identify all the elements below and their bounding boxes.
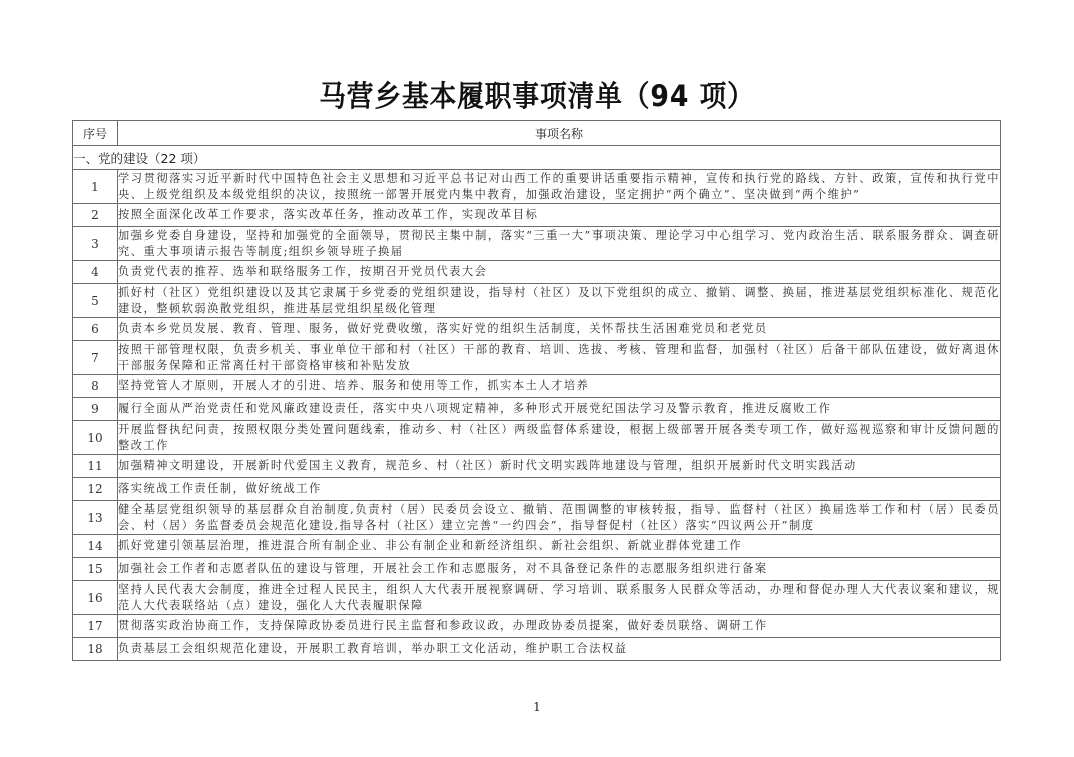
section-label: 一、党的建设（22 项） (73, 146, 1001, 170)
row-number: 18 (73, 638, 118, 661)
duty-item-text: 负责党代表的推荐、选举和联络服务工作，按期召开党员代表大会 (118, 261, 1001, 284)
row-number: 9 (73, 398, 118, 421)
table-row: 4负责党代表的推荐、选举和联络服务工作，按期召开党员代表大会 (73, 261, 1001, 284)
row-number: 2 (73, 204, 118, 227)
table-row: 10开展监督执纪问责，按照权限分类处置问题线索，推动乡、村（社区）两级监督体系建… (73, 421, 1001, 455)
table-row: 2按照全面深化改革工作要求，落实改革任务，推动改革工作，实现改革目标 (73, 204, 1001, 227)
duty-item-text: 负责基层工会组织规范化建设，开展职工教育培训，举办职工文化活动，维护职工合法权益 (118, 638, 1001, 661)
table-row: 7按照干部管理权限，负责乡机关、事业单位干部和村（社区）干部的教育、培训、选拔、… (73, 341, 1001, 375)
duty-item-text: 抓好村（社区）党组织建设以及其它隶属于乡党委的党组织建设，指导村（社区）及以下党… (118, 284, 1001, 318)
duty-item-text: 学习贯彻落实习近平新时代中国特色社会主义思想和习近平总书记对山西工作的重要讲话重… (118, 170, 1001, 204)
row-number: 14 (73, 535, 118, 558)
row-number: 11 (73, 455, 118, 478)
row-number: 7 (73, 341, 118, 375)
row-number: 13 (73, 501, 118, 535)
row-number: 12 (73, 478, 118, 501)
row-number: 4 (73, 261, 118, 284)
duty-item-text: 开展监督执纪问责，按照权限分类处置问题线索，推动乡、村（社区）两级监督体系建设，… (118, 421, 1001, 455)
table-body: 一、党的建设（22 项） 1学习贯彻落实习近平新时代中国特色社会主义思想和习近平… (73, 146, 1001, 661)
page-number: 1 (0, 700, 1074, 714)
table-row: 16坚持人民代表大会制度，推进全过程人民民主，组织人大代表开展视察调研、学习培训… (73, 581, 1001, 615)
duty-item-text: 坚持党管人才原则，开展人才的引进、培养、服务和使用等工作，抓实本土人才培养 (118, 375, 1001, 398)
table-row: 8坚持党管人才原则，开展人才的引进、培养、服务和使用等工作，抓实本土人才培养 (73, 375, 1001, 398)
section-row: 一、党的建设（22 项） (73, 146, 1001, 170)
row-number: 5 (73, 284, 118, 318)
duty-item-text: 贯彻落实政治协商工作，支持保障政协委员进行民主监督和参政议政，办理政协委员提案，… (118, 615, 1001, 638)
table-row: 14抓好党建引领基层治理，推进混合所有制企业、非公有制企业和新经济组织、新社会组… (73, 535, 1001, 558)
duty-item-text: 加强社会工作者和志愿者队伍的建设与管理，开展社会工作和志愿服务，对不具备登记条件… (118, 558, 1001, 581)
duty-item-text: 抓好党建引领基层治理，推进混合所有制企业、非公有制企业和新经济组织、新社会组织、… (118, 535, 1001, 558)
page-title: 马营乡基本履职事项清单（94 项） (43, 76, 1031, 116)
row-number: 17 (73, 615, 118, 638)
duty-list-table: 序号 事项名称 一、党的建设（22 项） 1学习贯彻落实习近平新时代中国特色社会… (72, 120, 1001, 661)
row-number: 15 (73, 558, 118, 581)
row-number: 8 (73, 375, 118, 398)
column-header-name: 事项名称 (118, 121, 1001, 146)
duty-item-text: 落实统战工作责任制，做好统战工作 (118, 478, 1001, 501)
table-row: 18负责基层工会组织规范化建设，开展职工教育培训，举办职工文化活动，维护职工合法… (73, 638, 1001, 661)
row-number: 1 (73, 170, 118, 204)
row-number: 6 (73, 318, 118, 341)
table-row: 11加强精神文明建设，开展新时代爱国主义教育，规范乡、村（社区）新时代文明实践阵… (73, 455, 1001, 478)
table-row: 5抓好村（社区）党组织建设以及其它隶属于乡党委的党组织建设，指导村（社区）及以下… (73, 284, 1001, 318)
table-row: 15加强社会工作者和志愿者队伍的建设与管理，开展社会工作和志愿服务，对不具备登记… (73, 558, 1001, 581)
duty-item-text: 坚持人民代表大会制度，推进全过程人民民主，组织人大代表开展视察调研、学习培训、联… (118, 581, 1001, 615)
duty-item-text: 加强乡党委自身建设，坚持和加强党的全面领导，贯彻民主集中制，落实“三重一大”事项… (118, 227, 1001, 261)
table-row: 1学习贯彻落实习近平新时代中国特色社会主义思想和习近平总书记对山西工作的重要讲话… (73, 170, 1001, 204)
duty-item-text: 按照干部管理权限，负责乡机关、事业单位干部和村（社区）干部的教育、培训、选拔、考… (118, 341, 1001, 375)
table-row: 13健全基层党组织领导的基层群众自治制度,负责村（居）民委员会设立、撤销、范围调… (73, 501, 1001, 535)
row-number: 10 (73, 421, 118, 455)
row-number: 16 (73, 581, 118, 615)
row-number: 3 (73, 227, 118, 261)
table-row: 12落实统战工作责任制，做好统战工作 (73, 478, 1001, 501)
duty-item-text: 按照全面深化改革工作要求，落实改革任务，推动改革工作，实现改革目标 (118, 204, 1001, 227)
table-row: 3加强乡党委自身建设，坚持和加强党的全面领导，贯彻民主集中制，落实“三重一大”事… (73, 227, 1001, 261)
duty-item-text: 加强精神文明建设，开展新时代爱国主义教育，规范乡、村（社区）新时代文明实践阵地建… (118, 455, 1001, 478)
duty-item-text: 负责本乡党员发展、教育、管理、服务，做好党费收缴，落实好党的组织生活制度，关怀帮… (118, 318, 1001, 341)
table-row: 9履行全面从严治党责任和党风廉政建设责任，落实中央八项规定精神，多种形式开展党纪… (73, 398, 1001, 421)
duty-item-text: 履行全面从严治党责任和党风廉政建设责任，落实中央八项规定精神，多种形式开展党纪国… (118, 398, 1001, 421)
table-row: 6负责本乡党员发展、教育、管理、服务，做好党费收缴，落实好党的组织生活制度，关怀… (73, 318, 1001, 341)
duty-item-text: 健全基层党组织领导的基层群众自治制度,负责村（居）民委员会设立、撤销、范围调整的… (118, 501, 1001, 535)
column-header-no: 序号 (73, 121, 118, 146)
table-header-row: 序号 事项名称 (73, 121, 1001, 146)
table-row: 17贯彻落实政治协商工作，支持保障政协委员进行民主监督和参政议政，办理政协委员提… (73, 615, 1001, 638)
